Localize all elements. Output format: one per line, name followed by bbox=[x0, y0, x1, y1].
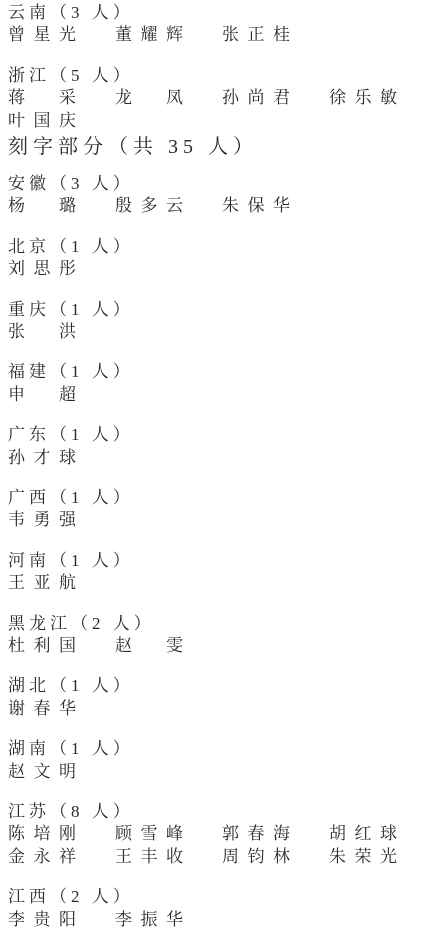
name-row: 叶国庆 bbox=[8, 110, 441, 132]
person-name: 顾雪峰 bbox=[115, 823, 183, 845]
name-char: 王 bbox=[8, 572, 25, 594]
name-char: 洪 bbox=[59, 321, 76, 343]
province-header: 湖北（1 人） bbox=[8, 675, 441, 697]
name-char: 君 bbox=[273, 87, 290, 109]
person-name: 金永祥 bbox=[8, 846, 76, 868]
name-char: 亚 bbox=[34, 572, 51, 594]
name-char: 华 bbox=[59, 698, 76, 720]
person-name: 刘思彤 bbox=[8, 258, 76, 280]
name-row: 孙才球 bbox=[8, 447, 441, 469]
name-char: 正 bbox=[248, 24, 265, 46]
province-section: 湖北（1 人）谢春华 bbox=[8, 675, 441, 720]
province-header: 黑龙江（2 人） bbox=[8, 613, 441, 635]
name-row: 李贵阳李振华 bbox=[8, 909, 441, 928]
name-char: 球 bbox=[59, 447, 76, 469]
name-char: 殷 bbox=[115, 195, 132, 217]
name-char: 申 bbox=[8, 384, 25, 406]
name-row: 曾星光董耀辉张正桂 bbox=[8, 24, 441, 46]
name-char: 超 bbox=[59, 384, 76, 406]
person-name: 谢春华 bbox=[8, 698, 76, 720]
province-section: 浙江（5 人）蒋采龙凤孙尚君徐乐敏叶国庆 bbox=[8, 65, 441, 132]
person-name: 杨璐 bbox=[8, 195, 76, 217]
name-char: 思 bbox=[34, 258, 51, 280]
name-char: 培 bbox=[34, 823, 51, 845]
name-char: 文 bbox=[34, 761, 51, 783]
province-section: 云南（3 人）曾星光董耀辉张正桂 bbox=[8, 2, 441, 47]
name-row: 杜利国赵雯 bbox=[8, 635, 441, 657]
name-char: 敏 bbox=[380, 87, 397, 109]
name-char: 周 bbox=[222, 846, 239, 868]
name-char: 谢 bbox=[8, 698, 25, 720]
person-name: 胡红球 bbox=[329, 823, 397, 845]
name-char: 乐 bbox=[355, 87, 372, 109]
province-section: 重庆（1 人）张洪 bbox=[8, 299, 441, 344]
name-char: 国 bbox=[59, 635, 76, 657]
name-char: 尚 bbox=[248, 87, 265, 109]
name-row: 谢春华 bbox=[8, 698, 441, 720]
name-char: 雪 bbox=[141, 823, 158, 845]
name-char: 蒋 bbox=[8, 87, 25, 109]
name-char: 红 bbox=[355, 823, 372, 845]
name-row: 韦勇强 bbox=[8, 509, 441, 531]
province-header: 广西（1 人） bbox=[8, 487, 441, 509]
person-name: 韦勇强 bbox=[8, 509, 76, 531]
province-header: 江苏（8 人） bbox=[8, 801, 441, 823]
name-char: 韦 bbox=[8, 509, 25, 531]
person-name: 孙才球 bbox=[8, 447, 76, 469]
province-section: 黑龙江（2 人）杜利国赵雯 bbox=[8, 613, 441, 658]
name-char: 彤 bbox=[59, 258, 76, 280]
person-name: 李贵阳 bbox=[8, 909, 76, 928]
name-char: 星 bbox=[34, 24, 51, 46]
name-char: 雯 bbox=[166, 635, 183, 657]
person-name: 周钧林 bbox=[222, 846, 290, 868]
person-name: 张正桂 bbox=[222, 24, 290, 46]
province-header: 河南（1 人） bbox=[8, 550, 441, 572]
province-section: 福建（1 人）申超 bbox=[8, 361, 441, 406]
name-row: 王亚航 bbox=[8, 572, 441, 594]
name-char: 郭 bbox=[222, 823, 239, 845]
province-section: 广西（1 人）韦勇强 bbox=[8, 487, 441, 532]
name-row: 金永祥王丰收周钧林朱荣光 bbox=[8, 846, 441, 868]
name-char: 赵 bbox=[8, 761, 25, 783]
name-row: 陈培刚顾雪峰郭春海胡红球 bbox=[8, 823, 441, 845]
name-row: 蒋采龙凤孙尚君徐乐敏 bbox=[8, 87, 441, 109]
name-char: 顾 bbox=[115, 823, 132, 845]
name-char: 荣 bbox=[355, 846, 372, 868]
name-char: 孙 bbox=[222, 87, 239, 109]
name-char: 凤 bbox=[166, 87, 183, 109]
province-section: 安徽（3 人）杨璐殷多云朱保华 bbox=[8, 173, 441, 218]
name-char: 张 bbox=[222, 24, 239, 46]
name-char: 龙 bbox=[115, 87, 132, 109]
province-section: 江西（2 人）李贵阳李振华 bbox=[8, 886, 441, 928]
name-char: 明 bbox=[59, 761, 76, 783]
name-char: 华 bbox=[273, 195, 290, 217]
name-row: 赵文明 bbox=[8, 761, 441, 783]
name-char: 耀 bbox=[141, 24, 158, 46]
name-char: 叶 bbox=[8, 110, 25, 132]
person-name: 龙凤 bbox=[115, 87, 183, 109]
province-section: 广东（1 人）孙才球 bbox=[8, 424, 441, 469]
person-name: 李振华 bbox=[115, 909, 183, 928]
name-char: 强 bbox=[59, 509, 76, 531]
name-char: 林 bbox=[273, 846, 290, 868]
province-section: 湖南（1 人）赵文明 bbox=[8, 738, 441, 783]
name-char: 董 bbox=[115, 24, 132, 46]
name-row: 刘思彤 bbox=[8, 258, 441, 280]
person-name: 叶国庆 bbox=[8, 110, 76, 132]
province-header: 湖南（1 人） bbox=[8, 738, 441, 760]
part-title: 刻字部分（共 35 人） bbox=[8, 135, 441, 160]
person-name: 王亚航 bbox=[8, 572, 76, 594]
name-char: 峰 bbox=[166, 823, 183, 845]
person-name: 董耀辉 bbox=[115, 24, 183, 46]
person-name: 孙尚君 bbox=[222, 87, 290, 109]
name-char: 璐 bbox=[59, 195, 76, 217]
province-header: 重庆（1 人） bbox=[8, 299, 441, 321]
name-char: 收 bbox=[166, 846, 183, 868]
name-char: 利 bbox=[34, 635, 51, 657]
name-row: 申超 bbox=[8, 384, 441, 406]
name-char: 钧 bbox=[248, 846, 265, 868]
name-char: 春 bbox=[248, 823, 265, 845]
person-name: 郭春海 bbox=[222, 823, 290, 845]
province-header: 广东（1 人） bbox=[8, 424, 441, 446]
name-char: 光 bbox=[380, 846, 397, 868]
name-char: 球 bbox=[380, 823, 397, 845]
name-char: 朱 bbox=[329, 846, 346, 868]
name-char: 杜 bbox=[8, 635, 25, 657]
person-name: 殷多云 bbox=[115, 195, 183, 217]
name-char: 贵 bbox=[34, 909, 51, 928]
person-name: 陈培刚 bbox=[8, 823, 76, 845]
province-header: 云南（3 人） bbox=[8, 2, 441, 24]
province-section: 江苏（8 人）陈培刚顾雪峰郭春海胡红球金永祥王丰收周钧林朱荣光 bbox=[8, 801, 441, 868]
name-char: 赵 bbox=[115, 635, 132, 657]
name-char: 春 bbox=[34, 698, 51, 720]
name-char: 杨 bbox=[8, 195, 25, 217]
person-name: 张洪 bbox=[8, 321, 76, 343]
name-char: 采 bbox=[59, 87, 76, 109]
name-char: 金 bbox=[8, 846, 25, 868]
name-char: 胡 bbox=[329, 823, 346, 845]
name-char: 丰 bbox=[141, 846, 158, 868]
name-char: 刚 bbox=[59, 823, 76, 845]
person-name: 王丰收 bbox=[115, 846, 183, 868]
name-char: 海 bbox=[273, 823, 290, 845]
name-char: 李 bbox=[115, 909, 132, 928]
name-char: 辉 bbox=[166, 24, 183, 46]
name-char: 陈 bbox=[8, 823, 25, 845]
name-char: 刘 bbox=[8, 258, 25, 280]
province-header: 江西（2 人） bbox=[8, 886, 441, 908]
name-char: 多 bbox=[141, 195, 158, 217]
name-char: 桂 bbox=[273, 24, 290, 46]
person-name: 申超 bbox=[8, 384, 76, 406]
name-char: 才 bbox=[34, 447, 51, 469]
person-name: 徐乐敏 bbox=[329, 87, 397, 109]
name-char: 国 bbox=[34, 110, 51, 132]
name-char: 航 bbox=[59, 572, 76, 594]
name-char: 徐 bbox=[329, 87, 346, 109]
name-char: 孙 bbox=[8, 447, 25, 469]
person-name: 曾星光 bbox=[8, 24, 76, 46]
name-char: 振 bbox=[141, 909, 158, 928]
name-char: 祥 bbox=[59, 846, 76, 868]
person-name: 赵文明 bbox=[8, 761, 76, 783]
name-char: 张 bbox=[8, 321, 25, 343]
name-row: 杨璐殷多云朱保华 bbox=[8, 195, 441, 217]
name-char: 李 bbox=[8, 909, 25, 928]
province-section: 河南（1 人）王亚航 bbox=[8, 550, 441, 595]
name-row: 张洪 bbox=[8, 321, 441, 343]
province-header: 安徽（3 人） bbox=[8, 173, 441, 195]
name-char: 华 bbox=[166, 909, 183, 928]
name-char: 保 bbox=[248, 195, 265, 217]
document-page: 云南（3 人）曾星光董耀辉张正桂浙江（5 人）蒋采龙凤孙尚君徐乐敏叶国庆刻字部分… bbox=[0, 0, 441, 928]
person-name: 蒋采 bbox=[8, 87, 76, 109]
name-char: 阳 bbox=[59, 909, 76, 928]
province-section: 北京（1 人）刘思彤 bbox=[8, 236, 441, 281]
name-char: 朱 bbox=[222, 195, 239, 217]
name-char: 曾 bbox=[8, 24, 25, 46]
person-name: 朱保华 bbox=[222, 195, 290, 217]
province-header: 福建（1 人） bbox=[8, 361, 441, 383]
name-char: 永 bbox=[34, 846, 51, 868]
person-name: 朱荣光 bbox=[329, 846, 397, 868]
name-char: 云 bbox=[166, 195, 183, 217]
person-name: 杜利国 bbox=[8, 635, 76, 657]
province-header: 北京（1 人） bbox=[8, 236, 441, 258]
name-char: 庆 bbox=[59, 110, 76, 132]
name-char: 王 bbox=[115, 846, 132, 868]
province-header: 浙江（5 人） bbox=[8, 65, 441, 87]
name-char: 光 bbox=[59, 24, 76, 46]
name-char: 勇 bbox=[34, 509, 51, 531]
person-name: 赵雯 bbox=[115, 635, 183, 657]
